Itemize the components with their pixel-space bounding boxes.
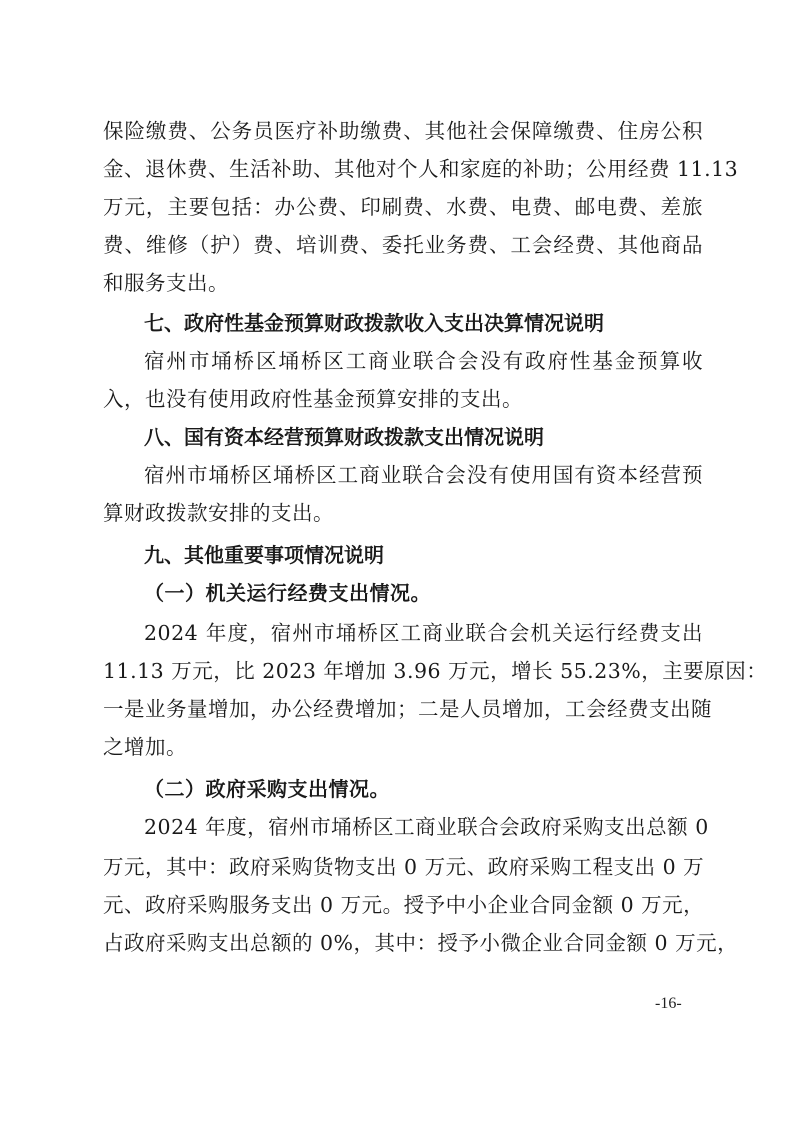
paragraph-line: 宿州市埇桥区埇桥区工商业联合会没有政府性基金预算收: [144, 342, 703, 380]
paragraph-line: 入，也没有使用政府性基金预算安排的支出。: [103, 380, 523, 418]
paragraph-line: 之增加。: [103, 728, 187, 766]
paragraph-line: 2024 年度，宿州市埇桥区工商业联合会机关运行经费支出: [144, 614, 703, 652]
subsection-heading-1: （一）机关运行经费支出情况。: [144, 574, 431, 612]
section-heading-8: 八、国有资本经营预算财政拨款支出情况说明: [144, 418, 544, 456]
subsection-heading-2: （二）政府采购支出情况。: [144, 770, 390, 808]
paragraph-line: 金、退休费、生活补助、其他对个人和家庭的补助；公用经费 11.13: [103, 150, 703, 188]
paragraph-line: 元、政府采购服务支出 0 万元。授予中小企业合同金额 0 万元，: [103, 886, 703, 924]
paragraph-line: 宿州市埇桥区埇桥区工商业联合会没有使用国有资本经营预: [144, 456, 703, 494]
paragraph-line: 和服务支出。: [103, 264, 229, 302]
paragraph-line: 费、维修（护）费、培训费、委托业务费、工会经费、其他商品: [103, 226, 703, 264]
section-heading-7: 七、政府性基金预算财政拨款收入支出决算情况说明: [144, 304, 604, 342]
paragraph-line: 一是业务量增加，办公经费增加；二是人员增加，工会经费支出随: [103, 690, 703, 728]
page-number: -16-: [655, 995, 682, 1013]
paragraph-line: 占政府采购支出总额的 0%，其中：授予小微企业合同金额 0 万元，: [103, 924, 703, 962]
paragraph-line: 万元，主要包括：办公费、印刷费、水费、电费、邮电费、差旅: [103, 188, 703, 226]
paragraph-line: 算财政拨款安排的支出。: [103, 494, 334, 532]
paragraph-line: 保险缴费、公务员医疗补助缴费、其他社会保障缴费、住房公积: [103, 112, 703, 150]
paragraph-line: 11.13 万元，比 2023 年增加 3.96 万元，增长 55.23%，主要…: [103, 652, 703, 690]
section-heading-9: 九、其他重要事项情况说明: [144, 536, 384, 574]
paragraph-line: 2024 年度，宿州市埇桥区工商业联合会政府采购支出总额 0: [144, 808, 703, 846]
paragraph-line: 万元，其中：政府采购货物支出 0 万元、政府采购工程支出 0 万: [103, 848, 703, 886]
